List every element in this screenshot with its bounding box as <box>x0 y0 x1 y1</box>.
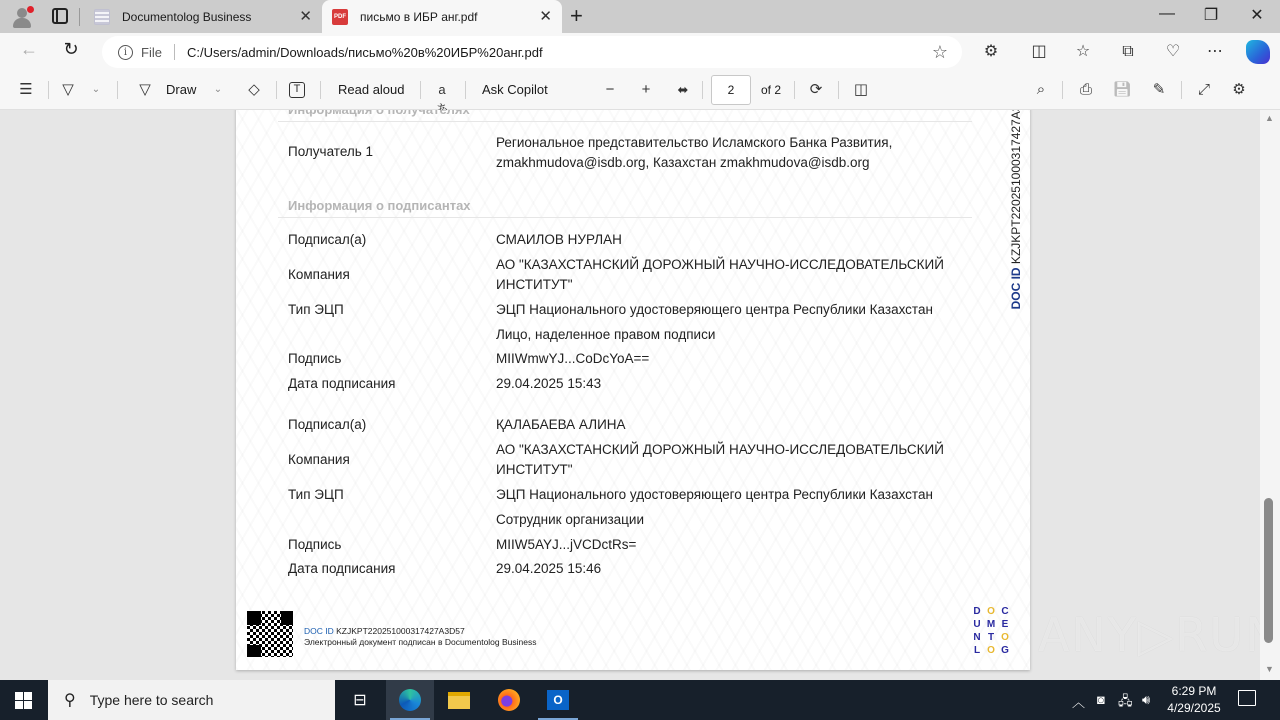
close-tab-icon[interactable]: ✕ <box>539 7 552 25</box>
search-icon[interactable]: ⌕ <box>1031 80 1051 100</box>
network-icon[interactable]: 🖧︎ <box>1118 692 1133 714</box>
rotate-icon[interactable]: ⟳ <box>806 80 826 100</box>
signer-role: Сотрудник организации <box>496 510 976 530</box>
divider <box>278 121 972 122</box>
zoom-in-icon[interactable]: + <box>636 80 656 100</box>
divider <box>174 44 175 60</box>
ecp-type-value: ЭЦП Национального удостоверяющего центра… <box>496 485 976 505</box>
documentolog-logo: DOC UME NTO LOG <box>970 606 1014 660</box>
pdf-page: Информация о получателях Получатель 1 Ре… <box>236 110 1030 670</box>
vertical-scrollbar[interactable]: ▲ ▼ <box>1260 110 1280 680</box>
company-line-1: АО "КАЗАХСТАНСКИЙ ДОРОЖНЫЙ НАУЧНО-ИССЛЕД… <box>496 255 976 275</box>
refresh-button[interactable]: ↻ <box>58 39 84 60</box>
signature-value: MIIWmwYJ...CoDcYoA== <box>496 349 976 369</box>
fit-to-page-icon[interactable]: ⬌ <box>673 80 693 100</box>
page-view-icon[interactable]: ◫ <box>851 80 871 100</box>
footer-text: DOC ID KZJKPT220251000317427A3D57 Электр… <box>304 626 536 648</box>
chevron-down-icon[interactable]: ⌄ <box>86 80 106 100</box>
vertical-doc-id: DOC ID KZJKPT220251000317427A3 <box>1006 110 1026 310</box>
sign-date-label: Дата подписания <box>288 561 395 576</box>
info-icon[interactable]: i <box>118 45 133 60</box>
doc-id-value: KZJKPT220251000317427A3 <box>1009 110 1023 264</box>
restore-button[interactable]: ❐ <box>1196 5 1226 25</box>
pdf-viewer: Информация о получателях Получатель 1 Ре… <box>0 110 1260 680</box>
save-icon: 💾︎ <box>1112 80 1132 100</box>
tab-title: письмо в ИБР анг.pdf <box>360 10 478 24</box>
url-scheme-label: File <box>141 45 162 60</box>
recipient-value: Региональное представительство Исламског… <box>496 133 976 173</box>
ask-copilot-button[interactable]: Ask Copilot <box>482 80 548 100</box>
clock-time: 6:29 PM <box>1166 683 1222 700</box>
address-bar[interactable]: i File C:/Users/admin/Downloads/письмо%2… <box>102 36 962 68</box>
scrollbar-thumb[interactable] <box>1264 498 1273 643</box>
draw-button[interactable]: Draw <box>166 80 196 100</box>
task-view-icon[interactable]: ⊟ <box>336 680 384 720</box>
footer-note: Электронный документ подписан в Document… <box>304 637 536 648</box>
recipient-line-1: Региональное представительство Исламског… <box>496 133 976 153</box>
copilot-icon[interactable] <box>1246 40 1270 64</box>
zoom-out-icon[interactable]: − <box>600 80 620 100</box>
company-label: Компания <box>288 267 350 282</box>
taskbar-clock[interactable]: 6:29 PM 4/29/2025 <box>1166 683 1222 717</box>
ecp-type-value: ЭЦП Национального удостоверяющего центра… <box>496 300 976 320</box>
doc-id-label: DOC ID <box>1009 267 1023 309</box>
page-total-label: of 2 <box>761 80 781 100</box>
ecp-type-label: Тип ЭЦП <box>288 487 344 502</box>
tab-actions-icon[interactable] <box>52 8 68 24</box>
company-line-1: АО "КАЗАХСТАНСКИЙ ДОРОЖНЫЙ НАУЧНО-ИССЛЕД… <box>496 440 976 460</box>
signer-label: Подписал(а) <box>288 417 366 432</box>
company-value: АО "КАЗАХСТАНСКИЙ ДОРОЖНЫЙ НАУЧНО-ИССЛЕД… <box>496 255 976 295</box>
anyrun-watermark: ANY▷RUN <box>1038 608 1280 662</box>
show-hidden-icons-chevron-icon[interactable]: ︿ <box>1072 692 1085 711</box>
signature-label: Подпись <box>288 351 341 366</box>
volume-icon[interactable]: 🔊︎ <box>1142 692 1150 708</box>
close-tab-icon[interactable]: ✕ <box>299 7 312 25</box>
minimize-button[interactable]: — <box>1152 5 1182 23</box>
address-bar-row: ← ↻ i File C:/Users/admin/Downloads/пись… <box>0 33 1280 70</box>
sign-date-label: Дата подписания <box>288 376 395 391</box>
save-as-icon[interactable]: ✎ <box>1149 80 1169 100</box>
tab-strip: Documentolog Business ✕ PDF письмо в ИБР… <box>0 0 1280 33</box>
close-window-button[interactable]: ✕ <box>1242 5 1272 25</box>
search-icon: ⚲ <box>64 690 76 710</box>
signer-name: СМАИЛОВ НУРЛАН <box>496 230 976 250</box>
qr-code <box>246 610 294 658</box>
taskbar: ⚲ Type here to search ⊟ O ︿ ◙ 🖧︎ 🔊︎ 6:29… <box>0 680 1280 720</box>
fullscreen-icon[interactable]: ⤢ <box>1194 80 1214 100</box>
scroll-up-arrow-icon[interactable]: ▲ <box>1265 113 1274 123</box>
browser-essentials-icon[interactable]: ♡ <box>1162 41 1184 63</box>
sign-date-value: 29.04.2025 15:43 <box>496 374 976 394</box>
chevron-down-icon[interactable]: ⌄ <box>208 80 228 100</box>
pdf-favicon-icon: PDF <box>332 9 348 25</box>
notifications-icon[interactable] <box>1238 690 1256 706</box>
recipients-section-title: Информация о получателях <box>288 110 470 117</box>
split-screen-icon[interactable]: ◫ <box>1028 41 1050 63</box>
tab-pdf[interactable]: PDF письмо в ИБР анг.pdf ✕ <box>322 0 562 33</box>
recipient-label: Получатель 1 <box>288 144 373 159</box>
recipient-line-2: zmakhmudova@isdb.org, Казахстан zmakhmud… <box>496 153 976 173</box>
signer-name: ҚАЛАБАЕВА АЛИНА <box>496 415 976 435</box>
company-label: Компания <box>288 452 350 467</box>
signers-section-title: Информация о подписантах <box>288 198 471 213</box>
outlook-icon[interactable]: O <box>534 680 582 720</box>
page-number-input[interactable]: 2 <box>711 75 751 105</box>
settings-gear-icon[interactable]: ⚙ <box>1229 80 1249 100</box>
scroll-down-arrow-icon[interactable]: ▼ <box>1265 664 1274 674</box>
tab-title: Documentolog Business <box>122 10 251 24</box>
search-placeholder: Type here to search <box>90 692 214 708</box>
divider <box>79 8 80 26</box>
back-button[interactable]: ← <box>16 39 42 60</box>
edge-app-icon[interactable] <box>386 680 434 720</box>
sign-date-value: 29.04.2025 15:46 <box>496 559 976 579</box>
pdf-toolbar: ☰ ▽ ⌄ ▽ Draw ⌄ ◇ T Read aloud aあ Ask Cop… <box>0 70 1280 110</box>
more-menu-icon[interactable]: ⋯ <box>1204 41 1226 63</box>
taskbar-search-box[interactable]: ⚲ Type here to search <box>48 680 335 720</box>
new-tab-button[interactable]: + <box>570 3 583 29</box>
signature-label: Подпись <box>288 537 341 552</box>
company-line-2: ИНСТИТУТ" <box>496 275 976 295</box>
camera-icon[interactable]: ◙ <box>1097 692 1105 707</box>
signature-value: MIIW5AYJ...jVCDctRs= <box>496 535 976 555</box>
company-value: АО "КАЗАХСТАНСКИЙ ДОРОЖНЫЙ НАУЧНО-ИССЛЕД… <box>496 440 976 480</box>
extensions-icon[interactable]: ⚙ <box>980 41 1002 63</box>
read-aloud-button[interactable]: Read aloud <box>338 80 405 100</box>
eraser-icon[interactable]: ◇ <box>244 80 264 100</box>
favorites-icon[interactable]: ☆ <box>1072 41 1094 63</box>
footer-doc-id-value: KZJKPT220251000317427A3D57 <box>336 626 465 636</box>
signer-role: Лицо, наделенное правом подписи <box>496 325 976 345</box>
file-explorer-icon[interactable] <box>435 680 483 720</box>
draw-icon[interactable]: ▽ <box>135 80 155 100</box>
collections-icon[interactable]: ⧉ <box>1117 41 1139 63</box>
company-line-2: ИНСТИТУТ" <box>496 460 976 480</box>
divider <box>278 217 972 218</box>
ecp-type-label: Тип ЭЦП <box>288 302 344 317</box>
text-box-icon[interactable]: T <box>289 82 305 98</box>
signer-label: Подписал(а) <box>288 232 366 247</box>
contents-icon[interactable]: ☰ <box>16 80 36 100</box>
clock-date: 4/29/2025 <box>1166 700 1222 717</box>
windows-start-icon[interactable] <box>15 692 32 709</box>
documentolog-favicon-icon <box>94 9 110 25</box>
favorite-star-icon[interactable]: ☆ <box>932 42 948 63</box>
footer-doc-id-label: DOC ID <box>304 626 334 636</box>
print-icon[interactable]: ⎙ <box>1076 80 1096 100</box>
url-text[interactable]: C:/Users/admin/Downloads/письмо%20в%20ИБ… <box>187 45 543 60</box>
tab-documentolog[interactable]: Documentolog Business ✕ <box>84 0 322 33</box>
profile-avatar-icon[interactable] <box>10 5 34 29</box>
highlight-icon[interactable]: ▽ <box>58 80 78 100</box>
firefox-icon[interactable] <box>485 680 533 720</box>
translate-icon[interactable]: aあ <box>432 80 452 100</box>
